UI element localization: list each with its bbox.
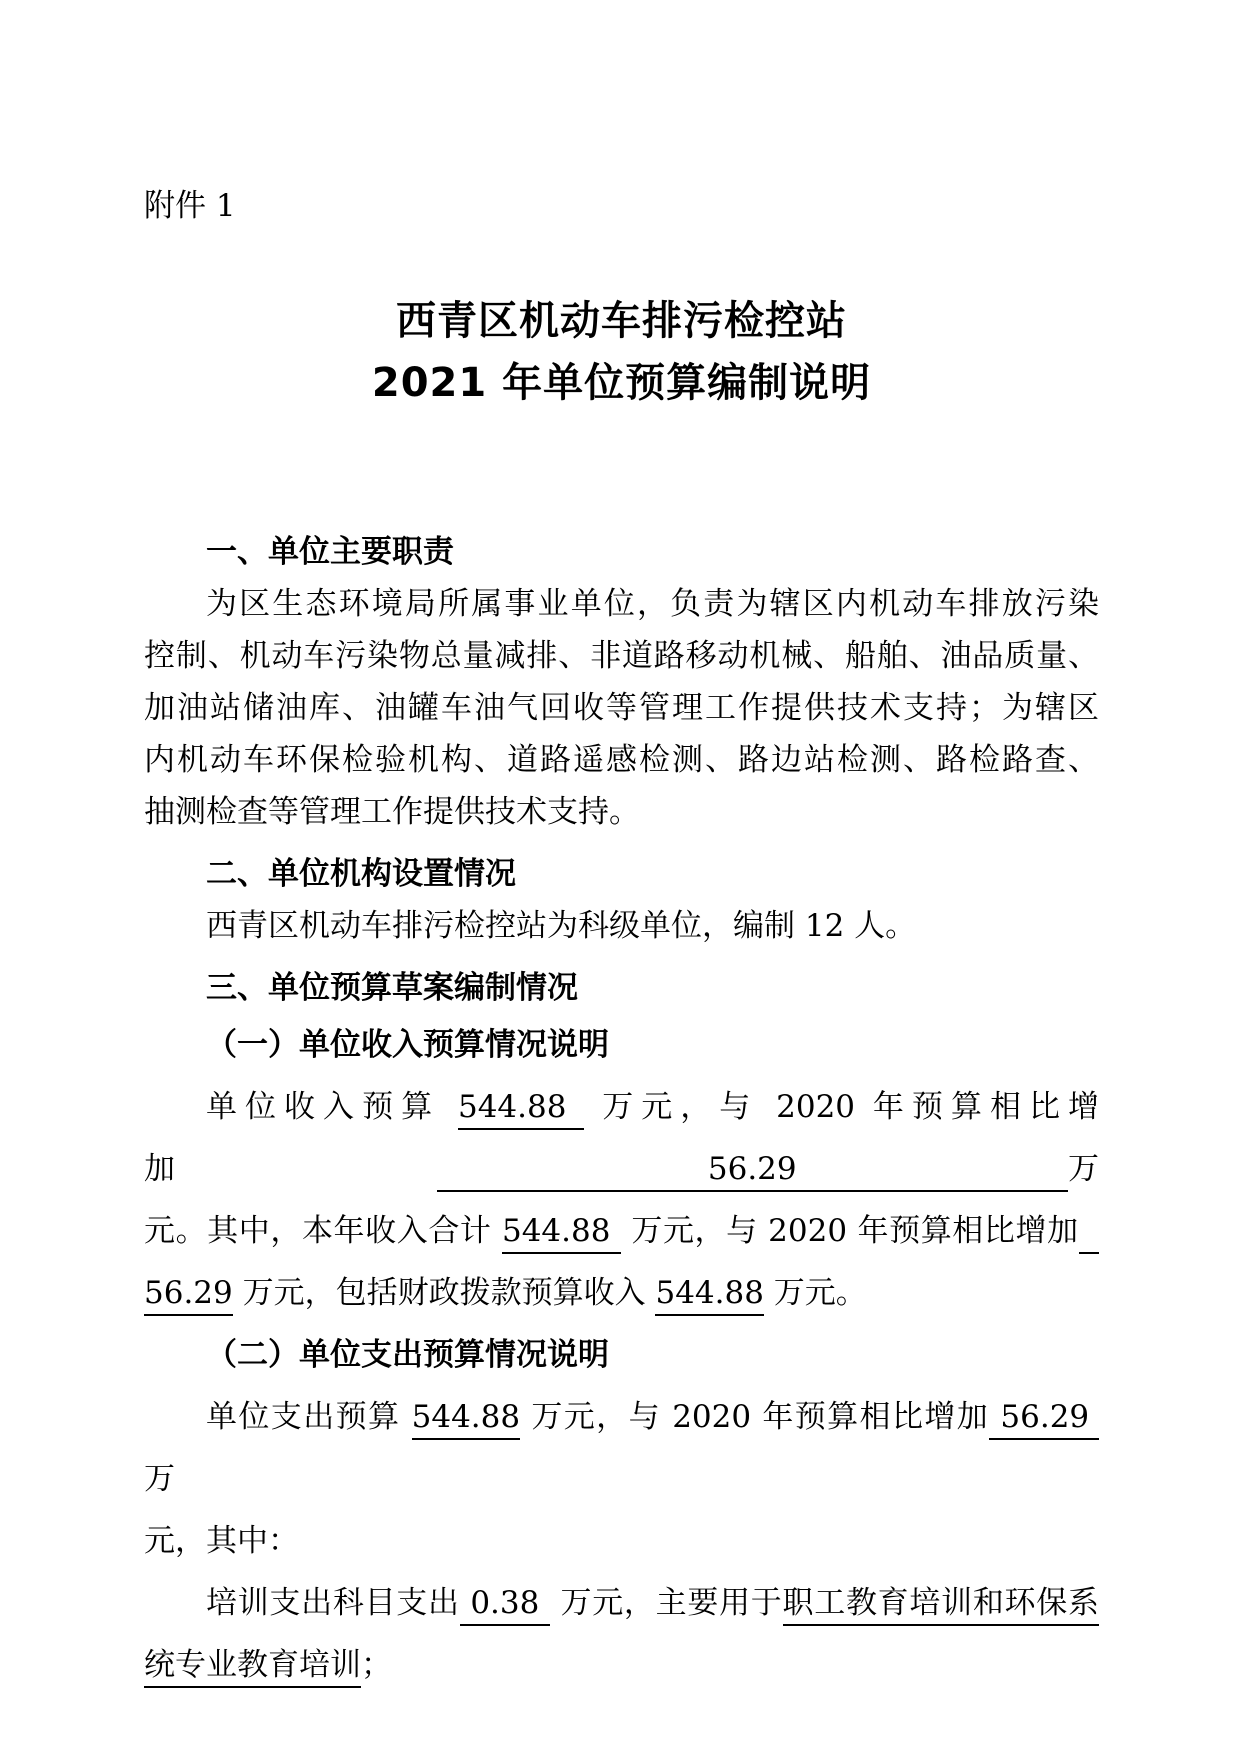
text-line: 单位收入预算 544.88 万元，与 2020 年预算相比增加 56.29 万: [144, 1076, 1099, 1200]
text-segment: 单位收入预算: [206, 1089, 458, 1125]
document-title-line2: 2021 年单位预算编制说明: [144, 352, 1099, 414]
text-line: 内机动车环保检验机构、道路遥感检测、路边站检测、路检路查、: [144, 734, 1099, 786]
text-segment: 内机动车环保检验机构、道路遥感检测、路边站检测、路检路查、: [144, 742, 1099, 778]
text-segment: 万: [1068, 1151, 1099, 1187]
text-line: 西青区机动车排污检控站为科级单位，编制 12 人。: [144, 900, 1099, 952]
text-segment: 西青区机动车排污检控站为科级单位，编制 12 人。: [206, 908, 916, 944]
underlined-text: 56.29: [144, 1275, 233, 1316]
text-segment: 元。其中，本年收入合计: [144, 1213, 502, 1249]
paragraph: 西青区机动车排污检控站为科级单位，编制 12 人。: [144, 900, 1099, 952]
underlined-text: 职工教育培训和环保系: [783, 1585, 1099, 1626]
section-heading: 二、单位机构设置情况: [144, 848, 1099, 900]
document-title-line1: 西青区机动车排污检控站: [144, 290, 1099, 352]
underlined-text: 56.29: [437, 1151, 1068, 1192]
underlined-text: 56.29: [989, 1399, 1099, 1440]
text-segment: 抽测检查等管理工作提供技术支持。: [144, 794, 640, 830]
text-line: 为区生态环境局所属事业单位，负责为辖区内机动车排放污染: [144, 578, 1099, 630]
underlined-text: 544.88: [458, 1089, 584, 1130]
text-segment: ；: [361, 1647, 392, 1683]
text-line: 统专业教育培训；: [144, 1634, 1099, 1696]
text-segment: 加油站储油库、油罐车油气回收等管理工作提供技术支持；为辖区: [144, 690, 1099, 726]
text-segment: 万元，主要用于: [550, 1585, 783, 1621]
text-line: 元。其中，本年收入合计 544.88 万元，与 2020 年预算相比增加: [144, 1200, 1099, 1262]
text-line: 控制、机动车污染物总量减排、非道路移动机械、船舶、油品质量、: [144, 630, 1099, 682]
sub-heading: （二）单位支出预算情况说明: [144, 1324, 1099, 1386]
text-line: 抽测检查等管理工作提供技术支持。: [144, 786, 1099, 838]
document-content: 一、单位主要职责为区生态环境局所属事业单位，负责为辖区内机动车排放污染控制、机动…: [144, 526, 1099, 1696]
text-segment: 培训支出科目支出: [206, 1585, 460, 1621]
text-line: 元，其中：: [144, 1510, 1099, 1572]
underlined-text: [1079, 1213, 1099, 1254]
text-segment: 万元，与 2020 年预算相比增加: [621, 1213, 1079, 1249]
underlined-text: 544.88: [502, 1213, 621, 1254]
text-segment: 万: [144, 1461, 175, 1497]
paragraph: 单位支出预算 544.88 万元，与 2020 年预算相比增加 56.29 万元…: [144, 1386, 1099, 1572]
text-segment: 万元。: [764, 1275, 867, 1311]
text-segment: 控制、机动车污染物总量减排、非道路移动机械、船舶、油品质量、: [144, 638, 1099, 674]
text-line: 加油站储油库、油罐车油气回收等管理工作提供技术支持；为辖区: [144, 682, 1099, 734]
text-segment: 为区生态环境局所属事业单位，负责为辖区内机动车排放污染: [206, 586, 1099, 622]
underlined-text: 544.88: [412, 1399, 520, 1440]
document-page: 附件 1 西青区机动车排污检控站 2021 年单位预算编制说明 一、单位主要职责…: [0, 0, 1241, 1755]
document-body: 附件 1 西青区机动车排污检控站 2021 年单位预算编制说明 一、单位主要职责…: [144, 0, 1099, 1696]
text-segment: 元，其中：: [144, 1523, 299, 1559]
paragraph: 单位收入预算 544.88 万元，与 2020 年预算相比增加 56.29 万元…: [144, 1076, 1099, 1324]
section-heading: 一、单位主要职责: [144, 526, 1099, 578]
text-segment: 万元，与 2020 年预算相比增加: [520, 1399, 989, 1435]
paragraph: 为区生态环境局所属事业单位，负责为辖区内机动车排放污染控制、机动车污染物总量减排…: [144, 578, 1099, 838]
underlined-text: 0.38: [460, 1585, 550, 1626]
text-line: 培训支出科目支出 0.38 万元，主要用于职工教育培训和环保系: [144, 1572, 1099, 1634]
text-line: 56.29 万元，包括财政拨款预算收入 544.88 万元。: [144, 1262, 1099, 1324]
paragraph: 培训支出科目支出 0.38 万元，主要用于职工教育培训和环保系统专业教育培训；: [144, 1572, 1099, 1696]
underlined-text: 统专业教育培训: [144, 1647, 361, 1688]
text-line: 单位支出预算 544.88 万元，与 2020 年预算相比增加 56.29 万: [144, 1386, 1099, 1510]
text-segment: 单位支出预算: [206, 1399, 412, 1435]
sub-heading: （一）单位收入预算情况说明: [144, 1014, 1099, 1076]
document-title: 西青区机动车排污检控站 2021 年单位预算编制说明: [144, 290, 1099, 414]
text-segment: 万元，包括财政拨款预算收入: [233, 1275, 656, 1311]
underlined-text: 544.88: [655, 1275, 763, 1316]
section-heading: 三、单位预算草案编制情况: [144, 962, 1099, 1014]
attachment-label: 附件 1: [144, 0, 1099, 226]
